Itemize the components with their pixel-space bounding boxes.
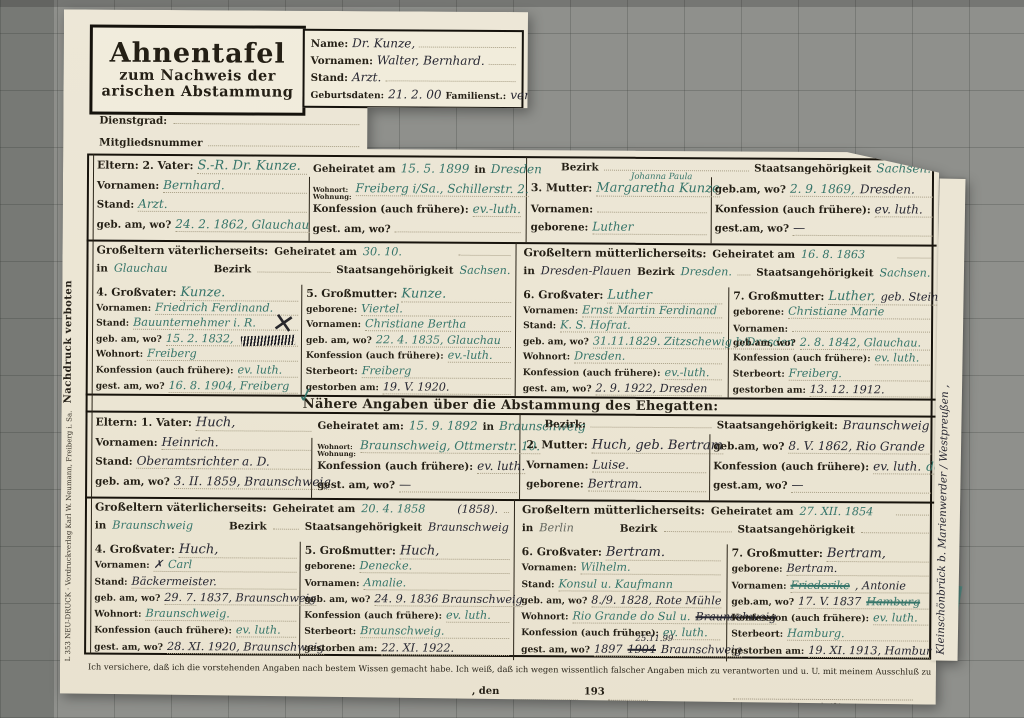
bezirk-label: Bezirk bbox=[229, 520, 267, 532]
field-label: Vornamen: bbox=[96, 302, 151, 313]
field-value: Denecke. bbox=[359, 559, 509, 574]
paper-rotation-wrap: Ahnentafel zum Nachweis der arischen Abs… bbox=[0, 0, 1024, 718]
field-label: Sterbeort: bbox=[306, 366, 358, 377]
spouse-grandfather-4-cell: 4. Großvater:Huch,Vornamen:✗CarlStand:Bä… bbox=[94, 542, 297, 657]
field-value: 2. 9. 1922, Dresden bbox=[596, 381, 722, 396]
field-value bbox=[792, 320, 930, 333]
field-label: 5. Großmutter: bbox=[305, 544, 396, 558]
field-row: geb. am, wo?8./9. 1828, Rote Mühle bbox=[521, 593, 720, 611]
handwriting: ev. luth. bbox=[237, 363, 282, 376]
dotted-line bbox=[489, 56, 516, 65]
field-label: Vornamen: bbox=[95, 560, 150, 571]
mother-detail-cell: geb.am, wo?2. 9. 1869,Dresden.Konfession… bbox=[715, 181, 933, 241]
field-label: 6. Großvater: bbox=[523, 288, 603, 301]
field-row: Stand:Arzt. bbox=[97, 197, 307, 218]
field-label: gest. am, wo? bbox=[317, 479, 395, 491]
field-row: geborene:Christiane Marie bbox=[733, 304, 930, 321]
field-label: Konfession (auch frühere): bbox=[96, 365, 234, 377]
dotted-line bbox=[358, 697, 468, 700]
handwriting: , Antonie bbox=[855, 579, 906, 592]
handwriting: 15. 5. 1899 bbox=[401, 161, 470, 175]
field-label: 6. Großvater: bbox=[522, 545, 602, 558]
field-value: Bertram. bbox=[606, 545, 721, 562]
dotted-line bbox=[608, 699, 648, 701]
grandfather-4-cell: 4. Großvater:Kunze.Vornamen:Friedrich Fe… bbox=[96, 285, 299, 395]
field-row: gest. am, wo?28. XI. 1920, Braunschweig bbox=[94, 639, 296, 657]
field-label: 3. Mutter: bbox=[531, 181, 592, 194]
field-row: gest. am, wo?16. 8. 1904, Freiberg bbox=[96, 378, 298, 395]
handwriting: 21. 2. 00 bbox=[388, 88, 442, 102]
handwriting: Denecke. bbox=[359, 559, 412, 572]
field-row: Vornamen:✗Carl bbox=[95, 558, 297, 576]
handwriting: Konsul u. Kaufmann bbox=[558, 577, 673, 591]
handwriting: Hamburg. bbox=[787, 627, 845, 640]
section-title: Großeltern mütterlicherseits: bbox=[522, 503, 705, 517]
field-value bbox=[395, 220, 521, 233]
field-row: geborene:Luther bbox=[531, 219, 707, 240]
handwriting: 1897 bbox=[594, 642, 623, 655]
field-value: Freiberg. bbox=[789, 367, 930, 382]
dotted-line bbox=[257, 263, 330, 273]
field-label: geb. am, wo? bbox=[304, 594, 370, 605]
handwriting: Luise. bbox=[592, 457, 629, 471]
field-value: Braunschweig. bbox=[145, 607, 296, 622]
handwriting: 22. 4. 1835, Glauchau bbox=[376, 333, 501, 347]
field-row: Vornamen: bbox=[733, 320, 930, 337]
field-row: geb. am, wo?29. 7. 1837, Braunschweig bbox=[94, 590, 296, 608]
field-row: Konfession (auch frühere):ev.-luth. bbox=[523, 365, 722, 382]
field-value: ev. luth. bbox=[446, 609, 509, 623]
field-row: Vornamen:Bernhard. bbox=[97, 177, 307, 198]
field-row: geb. am, wo?3. II. 1859, Braunschweig bbox=[95, 473, 311, 494]
field-row: Vornamen:Ernst Martin Ferdinand bbox=[523, 303, 722, 320]
field-value: — bbox=[791, 478, 931, 494]
vornamen-label: Vornamen: bbox=[311, 55, 373, 67]
geheiratet-label: Geheiratet am bbox=[711, 505, 794, 518]
name-label: Name: bbox=[311, 37, 348, 49]
handwriting: 16. 8. 1904, Freiberg bbox=[169, 379, 290, 393]
field-value: 8./9. 1828, Rote Mühle bbox=[591, 593, 721, 608]
field-label: Konfession (auch frühere): bbox=[713, 460, 869, 473]
handwriting: Luther, bbox=[828, 289, 875, 304]
field-label: gestorben am: bbox=[731, 645, 804, 656]
dotted-line bbox=[738, 265, 750, 275]
field-row: Eltern: 2. Vater:S.-R. Dr. Kunze. bbox=[97, 158, 307, 179]
handwriting: ev. luth. bbox=[477, 458, 525, 472]
field-label: Konfession (auch frühere): bbox=[317, 459, 473, 472]
field-row: Wohnort:Dresden. bbox=[523, 350, 722, 367]
staatsangehoerigkeit-label: Staatsangehörigkeit bbox=[756, 267, 873, 280]
field-value: Freiberg bbox=[147, 347, 298, 362]
dotted-line bbox=[459, 246, 511, 256]
handwriting: Freiberg i/Sa., Schillerstr. 2. bbox=[356, 181, 529, 196]
handwriting: 19. V. 1920. bbox=[383, 380, 450, 393]
vornamen-row: Vornamen: Walter, Bernhard. bbox=[311, 53, 516, 68]
dotted-line bbox=[663, 522, 731, 532]
handwriting: — bbox=[399, 477, 411, 491]
field-value: Freiberg bbox=[362, 364, 511, 379]
field-value: ev. luth. bbox=[875, 202, 933, 217]
dotted-line bbox=[419, 38, 516, 48]
handwriting: 8./9. 1828, Rote Mühle bbox=[591, 593, 721, 607]
handwriting: Dresden bbox=[491, 162, 542, 176]
signature-line bbox=[733, 697, 913, 700]
field-value: Johanna PaulaMargaretha Kunze bbox=[596, 181, 720, 198]
field-label: Stand: bbox=[521, 579, 554, 590]
bezirk-staat-row: Bezirk: Staatsangehörigkeit: Braunschwei… bbox=[544, 416, 929, 432]
spouse-grandparents-paternal-header: Großeltern väterlicherseits: Geheiratet … bbox=[95, 501, 509, 540]
field-row: Sterbeort:Freiberg bbox=[306, 364, 511, 381]
grandparents-paternal-header: Großeltern väterlicherseits: Geheiratet … bbox=[96, 244, 510, 283]
handwriting: — bbox=[793, 221, 805, 235]
handwriting: Freiberg. bbox=[789, 367, 842, 380]
handwriting: Braunschweig. bbox=[145, 607, 229, 621]
field-value: Freiberg i/Sa., Schillerstr. 2. bbox=[356, 181, 529, 197]
field-label: Vornamen: bbox=[731, 580, 786, 591]
geheiratet-label: Geheiratet am bbox=[274, 246, 357, 259]
spouse-mother-cell: 2. Mutter:Huch, geb. BertramVornamen:Lui… bbox=[526, 437, 706, 497]
field-label: geb. am, wo? bbox=[95, 475, 170, 487]
field-label: geb.am, wo? bbox=[731, 596, 794, 607]
printer-imprint: L 353 NEU-DRUCK · Vordruckverlag Karl W.… bbox=[64, 405, 74, 661]
field-value: K. S. Hofrat. bbox=[560, 319, 722, 334]
bezirk-label: Bezirk bbox=[620, 523, 658, 535]
handwriting: Amalie. bbox=[363, 576, 406, 589]
field-value: Luther bbox=[592, 220, 706, 236]
field-label: Konfession (auch frühere): bbox=[306, 350, 444, 362]
handwriting: 24. 9. 1836 Braunschweig bbox=[374, 592, 522, 606]
dotted-line bbox=[895, 505, 929, 515]
handwriting: Huch, bbox=[179, 542, 219, 557]
field-row: gest. am, wo?— bbox=[317, 477, 517, 498]
field-row: geborene:Viertel. bbox=[306, 301, 511, 318]
field-row: 5. Großmutter:Huch, bbox=[305, 543, 510, 561]
field-row: Stand:K. S. Hofrat. bbox=[523, 318, 722, 335]
in-label: in bbox=[522, 522, 533, 534]
field-label: Wohnort: bbox=[521, 611, 568, 622]
field-label: geb. am, wo? bbox=[96, 333, 162, 344]
field-value: 2. 9. 1869,Dresden. bbox=[790, 182, 933, 198]
field-value: ev. luth. bbox=[236, 624, 296, 638]
field-label: gest. am, wo? bbox=[521, 644, 590, 655]
field-label: Konfession (auch frühere): bbox=[731, 613, 869, 625]
in-label: in bbox=[95, 520, 106, 532]
field-row: geb. am, wo?31.11.1829. Zitzschewig b/Dr… bbox=[523, 334, 722, 351]
field-row: Stand:Bauunternehmer i. R. bbox=[96, 316, 298, 333]
field-row: Konfession (auch frühere):ev. luth. bbox=[304, 608, 509, 626]
field-row: gest.am, wo?— bbox=[713, 477, 931, 498]
field-label: Wohnort:Wohnung: bbox=[313, 187, 352, 201]
ahnentafel-form-scan: Ahnentafel zum Nachweis der arischen Abs… bbox=[0, 0, 1024, 718]
nachdruck-verboten-note: Nachdruck verboten bbox=[63, 233, 75, 403]
field-label: Wohnort: bbox=[94, 609, 141, 620]
field-row: 6. Großvater:Bertram. bbox=[522, 544, 721, 562]
handwriting: Braunschweig bbox=[661, 643, 742, 656]
field-value: Huch, bbox=[196, 415, 312, 432]
field-value: Huch, geb. Bertram bbox=[592, 438, 723, 455]
field-label: 5. Großmutter: bbox=[306, 287, 397, 301]
field-value: 24. 2. 1862, Glauchau bbox=[175, 217, 309, 233]
handwriting: (1858). bbox=[457, 503, 498, 516]
handwriting: Braunschweig bbox=[843, 418, 930, 433]
field-row: Sterbeort:Freiberg. bbox=[733, 366, 930, 383]
header-line-2: in Braunschweig Bezirk Staatsangehörigke… bbox=[95, 519, 509, 540]
field-label: Vornamen: bbox=[95, 436, 157, 448]
field-label: Konfession (auch frühere): bbox=[313, 202, 469, 215]
field-label: gest. am, wo? bbox=[94, 641, 163, 652]
bezirk-staat-row: Bezirk Staatsangehörigkeit Sachsen. bbox=[561, 159, 931, 175]
field-row: Konfession (auch frühere):ev. luth. bbox=[731, 611, 928, 629]
grandfather-6-cell: 6. Großvater:LutherVornamen:Ernst Martin… bbox=[523, 287, 723, 397]
field-label: gest.am, wo? bbox=[715, 222, 789, 234]
dienstgrad-label: Dienstgrad: bbox=[99, 115, 167, 127]
margin-note-handwriting: Kleinschönbrück b. Marienwerder / Westpr… bbox=[935, 185, 955, 655]
field-row: Wohnort:Rio Grande do Sul u.Braunschweig bbox=[521, 609, 720, 627]
staatsangehoerigkeit-label: Staatsangehörigkeit bbox=[754, 163, 871, 176]
handwriting: Dresden. bbox=[574, 350, 625, 363]
field-value: Bernhard. bbox=[163, 177, 307, 193]
field-label: geborene: bbox=[306, 303, 357, 314]
handwriting: 2. 9. 1869, bbox=[790, 182, 855, 196]
field-value: 22. XI. 1922. bbox=[381, 641, 509, 656]
handwriting: Bernhard. bbox=[163, 177, 225, 191]
field-label: Vornamen: bbox=[733, 324, 788, 335]
handwriting: Bertram. bbox=[606, 545, 665, 560]
handwriting: 17. V. 1837 bbox=[798, 595, 861, 608]
field-row: 2. Mutter:Huch, geb. Bertram bbox=[526, 437, 706, 458]
field-value: 22. 4. 1835, Glauchau bbox=[376, 333, 511, 348]
field-row: 6. Großvater:Luther bbox=[523, 287, 722, 304]
field-row: Konfession (auch frühere):ev. luth. bbox=[715, 201, 933, 222]
field-label: geb. am, wo? bbox=[94, 592, 160, 603]
paper-shadow-wrap: Ahnentafel zum Nachweis der arischen Abs… bbox=[0, 0, 1024, 718]
field-row: Wohnort:Wohnung:Freiberg i/Sa., Schiller… bbox=[313, 181, 521, 202]
section-title: Großeltern väterlicherseits: bbox=[97, 244, 269, 258]
field-value: Huch, bbox=[179, 542, 297, 559]
handwriting: 19. XI. 1913, Hamburg bbox=[808, 644, 938, 658]
field-value: Oberamtsrichter a. D. bbox=[137, 454, 312, 470]
handwriting: Wilhelm. bbox=[581, 561, 631, 574]
field-row: Konfession (auch frühere):ev. luth. bbox=[733, 351, 930, 368]
handwriting: Freiberg bbox=[362, 364, 412, 377]
dotted-line bbox=[173, 114, 359, 125]
handwriting: Huch, bbox=[196, 415, 236, 430]
father-cell: Eltern: 2. Vater:S.-R. Dr. Kunze.Vorname… bbox=[97, 158, 307, 237]
mitgliedsnummer-row: Mitgliedsnummer bbox=[99, 136, 359, 151]
field-value: 8. V. 1862, Rio Grande bbox=[788, 439, 931, 455]
spouse-grandmother-7-cell: 7. Großmutter:Bertram,geborene:Bertram.V… bbox=[731, 545, 929, 660]
field-row: Konfession (auch frühere):ev.-luth. bbox=[313, 200, 521, 221]
field-value: Braunschweig, Ottmerstr. 10. bbox=[360, 438, 540, 454]
handwriting: Huch, bbox=[400, 543, 440, 558]
field-row: geb.am, wo?2. 9. 1869,Dresden. bbox=[715, 181, 933, 202]
geburtsdaten-row: Geburtsdaten: 21. 2. 00 Familienst.: ver… bbox=[310, 87, 515, 102]
handwriting: Kunze. bbox=[401, 286, 446, 301]
field-label: Sterbeort: bbox=[733, 368, 785, 379]
field-value: Christiane Marie bbox=[788, 304, 930, 319]
title-box: Ahnentafel zum Nachweis der arischen Abs… bbox=[89, 24, 306, 115]
field-row: Sterbeort:Braunschweig. bbox=[304, 624, 509, 642]
field-value: 2. 8. 1842, Glauchau. bbox=[800, 336, 930, 351]
handwriting: S.-R. Dr. Kunze. bbox=[197, 158, 300, 174]
handwriting: ev.-luth. bbox=[448, 349, 493, 362]
dotted-line bbox=[273, 520, 299, 530]
field-label: Stand: bbox=[97, 199, 134, 211]
bezirk-label: Bezirk bbox=[561, 161, 599, 173]
name-row: Name: Dr. Kunze, bbox=[311, 35, 516, 50]
field-row: Konfession (auch frühere):ev. luth. bbox=[317, 457, 517, 478]
field-label: 7. Großmutter: bbox=[732, 546, 823, 560]
handwriting: K. S. Hofrat. bbox=[560, 319, 631, 332]
handwriting: 24. 2. 1862, Glauchau bbox=[175, 217, 309, 232]
handwriting: 3. II. 1859, Braunschweig bbox=[174, 474, 331, 489]
mitgliedsnummer-label: Mitgliedsnummer bbox=[99, 137, 202, 150]
field-row: geb. am, wo?24. 2. 1862, Glauchau bbox=[97, 216, 307, 237]
field-label: Sterbeort: bbox=[304, 626, 356, 637]
den-label: , den bbox=[472, 686, 500, 697]
handwriting: ev.-luth. bbox=[664, 366, 709, 379]
handwriting: 20. 4. 1858 bbox=[361, 502, 451, 516]
field-value: Kunze. bbox=[180, 285, 298, 302]
handwriting: Bertram, bbox=[827, 546, 886, 561]
field-row: Wohnort:Braunschweig. bbox=[94, 607, 296, 625]
field-row: Konfession (auch frühere):ev. luth. bbox=[521, 626, 720, 644]
field-value: Amalie. bbox=[363, 576, 509, 591]
field-value: Wilhelm. bbox=[581, 561, 721, 576]
field-value: 16. 8. 1904, Freiberg bbox=[169, 379, 298, 394]
field-label: gest. am, wo? bbox=[523, 383, 592, 394]
bezirk-label: Bezirk bbox=[637, 266, 675, 278]
grandparents-maternal-header: Großeltern mütterlicherseits: Geheiratet… bbox=[523, 246, 930, 284]
field-label: Wohnort: bbox=[96, 349, 143, 360]
field-label: Vornamen: bbox=[304, 577, 359, 588]
handwriting: Friedrich Ferdinand. bbox=[155, 300, 273, 314]
handwriting: Braunschweig bbox=[112, 519, 193, 532]
field-value: ✗Carl bbox=[154, 558, 297, 573]
field-label: Konfession (auch frühere): bbox=[523, 367, 661, 379]
handwriting: Friederike bbox=[790, 578, 850, 591]
handwriting: 2. 9. 1922, Dresden bbox=[596, 381, 708, 395]
handwriting: 2. 8. 1842, Glauchau. bbox=[800, 336, 921, 350]
handwriting: 15. 9. 1892 bbox=[409, 418, 478, 432]
field-value: Heinrich. bbox=[162, 434, 312, 450]
field-row: geborene:Bertram. bbox=[732, 562, 929, 580]
married-row: Geheiratet am: 15. 9. 1892 in Braunschwe… bbox=[317, 418, 517, 433]
handwriting: ev. luth. bbox=[873, 611, 918, 624]
in-label: in bbox=[96, 263, 107, 275]
handwriting: Sachsen. bbox=[459, 264, 510, 277]
field-row: gest. am, wo?25.11.9918971904Braunschwei… bbox=[521, 642, 720, 660]
handwriting: Sachsen. bbox=[876, 161, 931, 175]
married-row: Geheiratet am 15. 5. 1899 in Dresden bbox=[313, 161, 523, 176]
field-row: geborene:Denecke. bbox=[305, 559, 510, 577]
year-label: 193 bbox=[584, 687, 605, 698]
dotted-line bbox=[861, 523, 929, 533]
handwriting: Bertram. bbox=[588, 477, 643, 491]
name-box: Name: Dr. Kunze, Vornamen: Walter, Bernh… bbox=[302, 29, 523, 109]
field-value: Bertram. bbox=[588, 477, 706, 493]
field-row: geb. am, wo?22. 4. 1835, Glauchau bbox=[306, 333, 511, 350]
field-value: Arzt. bbox=[138, 197, 307, 213]
handwriting: ev. luth. bbox=[875, 352, 920, 365]
field-value: ev.-luth. bbox=[664, 366, 721, 380]
handwriting: ev. luth. bbox=[875, 202, 923, 216]
handwriting: Dresden. bbox=[681, 265, 732, 278]
field-value: 24. 9. 1836 Braunschweig bbox=[374, 592, 522, 607]
handwriting: 16. 8. 1863 bbox=[801, 248, 891, 262]
staatsangehoerigkeit-label: Staatsangehörigkeit bbox=[737, 523, 854, 536]
field-row: Konfession (auch frühere):ev. luth. bbox=[94, 623, 296, 641]
field-label: geb. am, wo? bbox=[523, 336, 589, 347]
handwriting: Carl bbox=[168, 558, 192, 571]
field-value: ev. luth. bbox=[875, 352, 930, 366]
in-label: in bbox=[483, 421, 494, 433]
field-label: Stand: bbox=[94, 576, 127, 587]
field-value: Bäckermeister. bbox=[131, 574, 296, 589]
handwriting: Walter, Bernhard. bbox=[377, 53, 485, 68]
field-value: Bertram, bbox=[827, 546, 929, 563]
father-detail-cell: Wohnort:Wohnung:Freiberg i/Sa., Schiller… bbox=[313, 181, 521, 241]
header-line-2: in Berlin Bezirk Staatsangehörigkeit bbox=[522, 521, 929, 541]
field-row: gestorben am:13. 12. 1912. bbox=[733, 382, 930, 399]
field-row: Sterbeort:Hamburg. bbox=[731, 627, 928, 645]
field-row: Vornamen:Christiane Bertha bbox=[306, 317, 511, 334]
field-row: 5. Großmutter:Kunze. bbox=[306, 286, 511, 303]
field-value: Dresden. bbox=[574, 350, 722, 365]
field-label: Eltern: 2. Vater: bbox=[97, 159, 193, 173]
handwriting: Braunschweig. bbox=[360, 625, 444, 639]
handwriting: Arzt. bbox=[138, 197, 167, 211]
handwriting: 15. 2. 1832, bbox=[166, 332, 234, 345]
section-title: Großeltern mütterlicherseits: bbox=[523, 246, 706, 260]
field-label: 4. Großvater: bbox=[96, 286, 176, 299]
geheiratet-label: Geheiratet am bbox=[273, 503, 356, 516]
field-row: Konfession (auch frühere):ev. luth.do Su… bbox=[713, 458, 931, 479]
handwriting: — bbox=[791, 478, 803, 492]
geheiratet-label: Geheiratet am bbox=[313, 163, 396, 176]
field-value: S.-R. Dr. Kunze. bbox=[197, 158, 307, 175]
grandmother-7-cell: 7. Großmutter:Luther,geb. Steindorf.gebo… bbox=[733, 288, 931, 398]
field-label: geb.am, wo? bbox=[713, 440, 784, 452]
field-row: geborene:Bertram. bbox=[526, 476, 706, 497]
field-value: — bbox=[399, 477, 517, 493]
field-row: 7. Großmutter:Luther,geb. Steindorf. bbox=[733, 288, 930, 305]
staatsangehoerigkeit-label: Staatsangehörigkeit bbox=[336, 264, 453, 277]
handwriting: 30. 10. bbox=[363, 245, 453, 259]
handwriting: Dr. Kunze, bbox=[352, 36, 415, 50]
handwriting: 22. XI. 1922. bbox=[381, 641, 454, 654]
field-row: Vornamen:Friedrich Ferdinand. bbox=[96, 300, 298, 317]
form-title: Ahnentafel bbox=[110, 40, 286, 69]
field-row: 3. Mutter:Johanna PaulaMargaretha Kunze bbox=[531, 180, 707, 201]
spouse-grandfather-6-cell: 6. Großvater:Bertram.Vornamen:Wilhelm.St… bbox=[521, 544, 721, 659]
field-value: Christiane Bertha bbox=[365, 317, 511, 332]
field-row: gestorben am:19. V. 1920. bbox=[306, 379, 511, 396]
field-row: geb. am, wo?24. 9. 1836 Braunschweig bbox=[304, 592, 509, 610]
handwriting: Dresden-Plauen bbox=[541, 264, 631, 278]
field-label: geborene: bbox=[305, 561, 356, 572]
field-annotation: 25.11.99 bbox=[635, 634, 673, 644]
dotted-line bbox=[510, 698, 578, 700]
handwriting: ev. luth. bbox=[446, 609, 491, 622]
dotted-line bbox=[591, 418, 712, 429]
form-subtitle-2: arischen Abstammung bbox=[101, 84, 293, 101]
field-label: Konfession (auch frühere): bbox=[304, 610, 442, 622]
field-row: Vornamen:Wilhelm. bbox=[522, 560, 721, 578]
field-value: 3. II. 1859, Braunschweig bbox=[174, 474, 331, 490]
field-label: geb. am, wo? bbox=[521, 595, 587, 606]
in-label: in bbox=[474, 164, 485, 176]
